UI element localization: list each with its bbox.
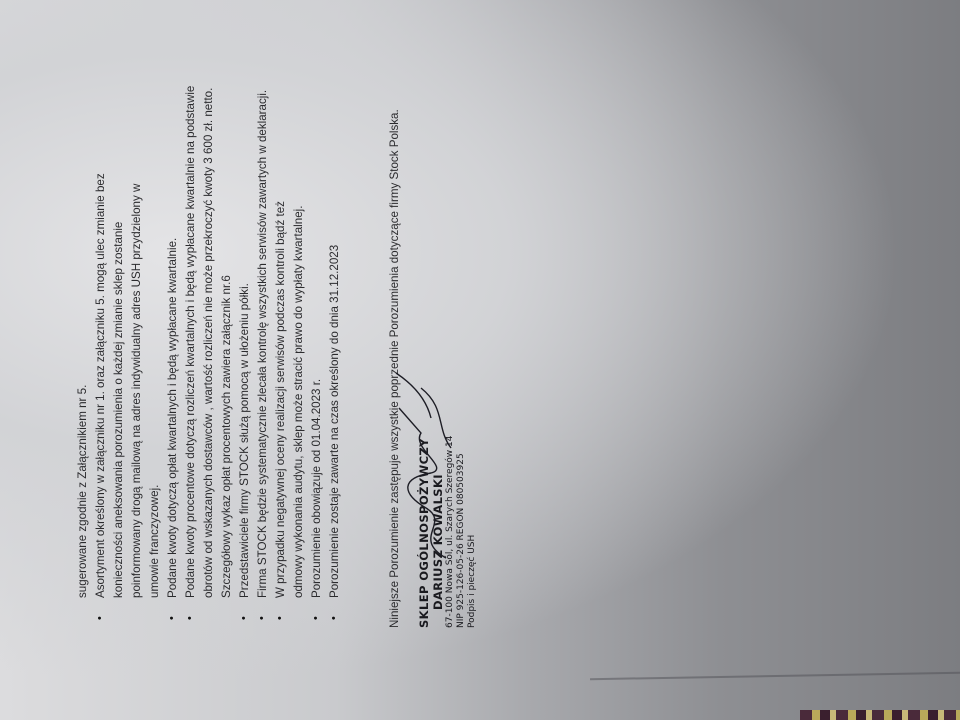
list-item: Porozumienie zostaje zawarte na czas okr… — [327, 78, 343, 638]
list-item: Szczegółowy wykaz opłat procentowych zaw… — [219, 78, 235, 638]
list-item: obrotów od wskazanych dostawców , wartoś… — [201, 78, 217, 638]
list-item: Firma STOCK będzie systematycznie zlecał… — [255, 78, 271, 638]
stamp-line-signature-label: Podpis i pieczęć USH — [467, 398, 478, 628]
document-page: sugerowane zgodnie z Załącznikiem nr 5.A… — [75, 68, 635, 668]
closing-statement: Niniejsze Porozumienie zastępuje wszystk… — [387, 78, 403, 638]
list-item: W przypadku negatywnej oceny realizacji … — [273, 78, 289, 638]
company-stamp: SKLEP OGÓLNOSPOŻYWCZY DARIUSZ KOWALSKI 6… — [417, 398, 478, 628]
stamp-line-owner: DARIUSZ KOWALSKI — [431, 398, 445, 628]
list-item: Porozumienie obowiązuje od 01.04.2023 r. — [309, 78, 325, 638]
stamp-line-shop-name: SKLEP OGÓLNOSPOŻYWCZY — [417, 398, 431, 628]
list-item: umowie franczyzowej. — [147, 78, 163, 638]
list-item: odmowy wykonania audytu, sklep może stra… — [291, 78, 307, 638]
bullet-list: sugerowane zgodnie z Załącznikiem nr 5.A… — [75, 78, 342, 638]
list-item: poinformowany drogą mailową na adres ind… — [129, 78, 145, 638]
stamp-line-tax-ids: NIP 925-126-05-26 REGON 080503925 — [456, 398, 467, 628]
list-item: konieczności aneksowania porozumienia o … — [111, 78, 127, 638]
list-item: sugerowane zgodnie z Załącznikiem nr 5. — [75, 78, 91, 638]
list-item: Asortyment określony w załączniku nr 1. … — [93, 78, 109, 638]
list-item: Przedstawiciele firmy STOCK służą pomocą… — [237, 78, 253, 638]
document-content: sugerowane zgodnie z Załącznikiem nr 5.A… — [75, 78, 478, 638]
fabric-corner — [800, 710, 960, 720]
list-item: Podane kwoty dotyczą opłat kwartalnych i… — [165, 78, 181, 638]
stamp-line-address: 67-100 Nowa Sól, ul. Szarych Szeregów 14 — [445, 398, 456, 628]
list-item: Podane kwoty procentowe dotyczą rozlicze… — [183, 78, 199, 638]
